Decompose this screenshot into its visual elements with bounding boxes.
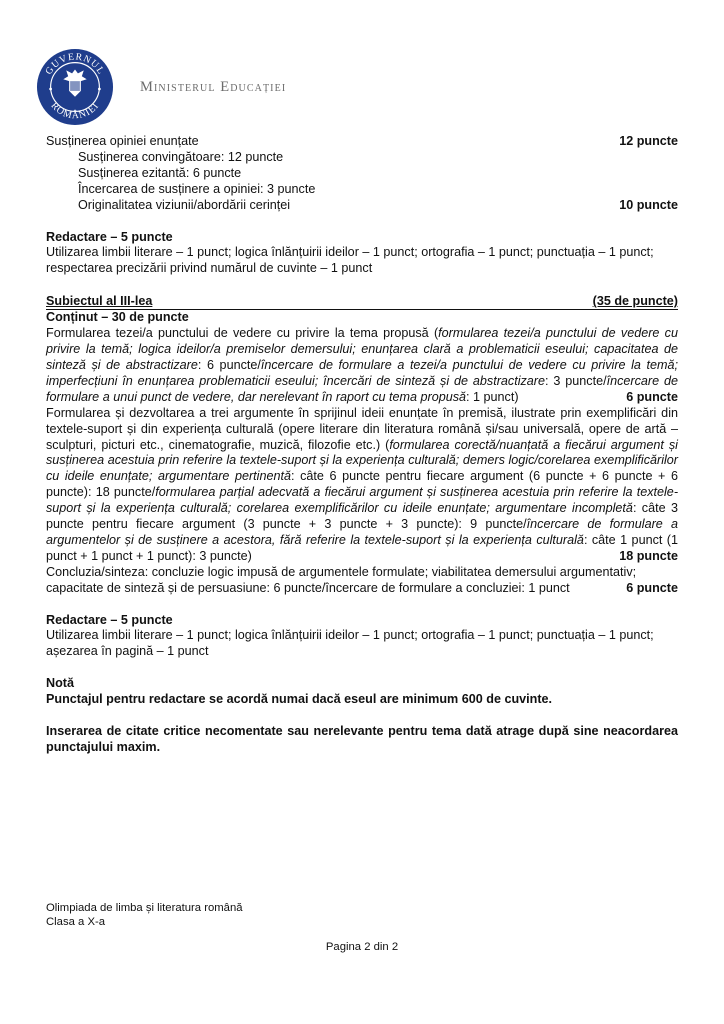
opinion-title-row: Susținerea opiniei enunțate 12 puncte <box>46 134 678 150</box>
opinion-title: Susținerea opiniei enunțate <box>46 134 199 150</box>
note-line: Punctajul pentru redactare se acordă num… <box>46 692 678 708</box>
redactare-line: Utilizarea limbii literare – 1 punct; lo… <box>46 245 678 261</box>
subject-header: Subiectul al III-lea (35 de puncte) <box>46 294 678 310</box>
arguments-criterion: Formularea și dezvoltarea a trei argumen… <box>46 406 678 565</box>
footer-line: Olimpiada de limba și literatura română <box>46 901 243 915</box>
footer-line: Clasa a X-a <box>46 915 243 929</box>
opinion-item: Încercarea de susținere a opiniei: 3 pun… <box>46 182 678 198</box>
opinion-points: 12 puncte <box>619 134 678 150</box>
opinion-item: Susținerea convingătoare: 12 puncte <box>46 150 678 166</box>
redactare-line: așezarea în pagină – 1 punct <box>46 644 678 660</box>
originality-label: Originalitatea viziunii/abordării cerinț… <box>78 198 290 214</box>
conclusion-criterion: Concluzia/sinteza: concluzie logic impus… <box>46 565 678 597</box>
redactare-title: Redactare – 5 puncte <box>46 613 678 629</box>
document-body: Susținerea opiniei enunțate 12 puncte Su… <box>46 134 678 756</box>
note-line: Inserarea de citate critice necomentate … <box>46 724 678 756</box>
subject-points: (35 de puncte) <box>593 294 678 309</box>
thesis-criterion: Formularea tezei/a punctului de vedere c… <box>46 326 678 406</box>
originality-points: 10 puncte <box>619 198 678 214</box>
document-header: GUVERNUL ROMÂNIEI Ministerul Educației <box>36 47 286 127</box>
government-seal-icon: GUVERNUL ROMÂNIEI <box>36 48 114 126</box>
note-title: Notă <box>46 676 678 692</box>
content-title: Conținut – 30 de puncte <box>46 310 678 326</box>
redactare-line: Utilizarea limbii literare – 1 punct; lo… <box>46 628 678 644</box>
originality-row: Originalitatea viziunii/abordării cerinț… <box>46 198 678 214</box>
document-footer: Olimpiada de limba și literatura română … <box>46 901 243 929</box>
page-number: Pagina 2 din 2 <box>0 941 724 953</box>
redactare-title: Redactare – 5 puncte <box>46 230 678 246</box>
redactare-line: respectarea precizării privind numărul d… <box>46 261 678 277</box>
ministry-name: Ministerul Educației <box>140 79 286 96</box>
conclusion-points: 6 puncte <box>626 581 678 597</box>
arguments-points: 18 puncte <box>619 549 678 565</box>
opinion-item: Susținerea ezitantă: 6 puncte <box>46 166 678 182</box>
thesis-points: 6 puncte <box>626 390 678 406</box>
subject-title: Subiectul al III-lea <box>46 294 152 309</box>
